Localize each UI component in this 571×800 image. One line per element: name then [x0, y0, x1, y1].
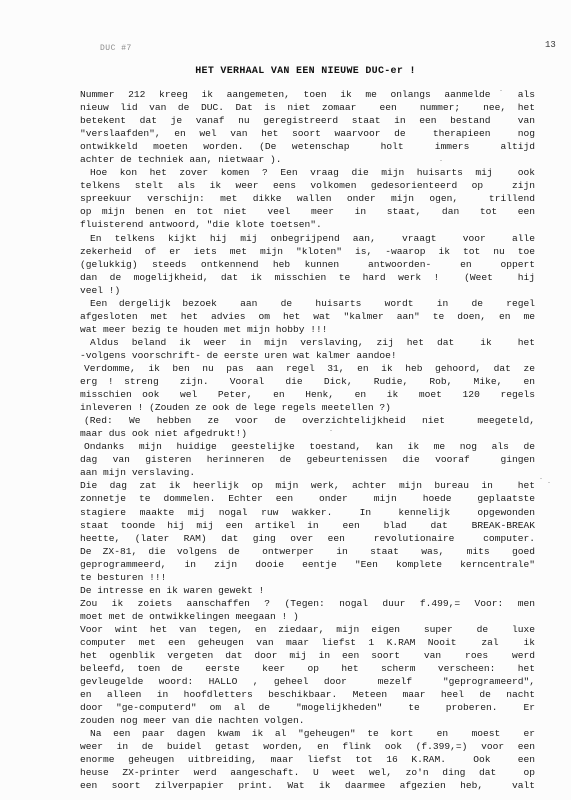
scan-speck	[330, 430, 332, 431]
text-line: ontwikkeld moeten worden. (De wetenschap…	[80, 140, 535, 153]
text-line: misschien ook wel Peter, en Henk, en ik …	[80, 388, 535, 401]
text-line: en alleen in hoofdletters beschikbaar. M…	[80, 688, 535, 701]
scan-speck	[440, 160, 442, 161]
text-line: gevleugelde woord: HALLO , geheel door m…	[80, 675, 535, 688]
text-line: door "ge-computerd" om al de "mogelijkhe…	[80, 701, 535, 714]
article-title-text: HET VERHAAL VAN EEN NIEUWE DUC-er !	[155, 66, 416, 77]
text-line: dag van gisteren herinneren de gebeurten…	[80, 453, 535, 466]
text-line: op mijn benen en tot niet veel meer in s…	[80, 205, 535, 218]
article-body: Nummer 212 kreeg ik aangemeten, toen ik …	[80, 88, 535, 793]
text-line: zouden nog meer van die nachten volgen.	[80, 714, 535, 727]
text-line: De intresse en ik waren gewekt !	[80, 584, 535, 597]
issue-label: DUC #7	[100, 44, 132, 53]
text-line: maar dus ook niet afgedrukt!)	[80, 427, 535, 440]
text-line: telkens stelt als ik weer eens volkomen …	[80, 179, 535, 192]
text-line: inleveren ! (Zouden ze ook de lege regel…	[80, 401, 535, 414]
text-line: betekent dat je vanaf nu geregistreerd s…	[80, 114, 535, 127]
text-line: Na een paar dagen kwam ik al "geheugen" …	[80, 727, 535, 740]
text-line: spreekuur verschijn: met dikke wallen on…	[80, 192, 535, 205]
text-line: "verslaafden", en wel van het soort waar…	[80, 127, 535, 140]
scan-speck	[500, 90, 502, 91]
scan-speck	[548, 482, 550, 483]
text-line: Aldus beland ik weer in mijn verslaving,…	[80, 336, 535, 349]
text-line: beleefd, toen de eerste keer op het sche…	[80, 662, 535, 675]
text-line: afgesloten met het advies om het wat "ka…	[80, 310, 535, 323]
text-line: wat meer bezig te houden met mijn hobby …	[80, 323, 535, 336]
text-line: heuse ZX-printer werd aangeschaft. U wee…	[80, 766, 535, 779]
text-line: Nummer 212 kreeg ik aangemeten, toen ik …	[80, 88, 535, 101]
text-line: aan mijn verslaving.	[80, 466, 535, 479]
text-line: De ZX-81, die volgens de ontwerper in st…	[80, 545, 535, 558]
text-line: -volgens voorschrift- de eerste uren wat…	[80, 349, 535, 362]
text-line: enorme geheugen uitbreiding, maar liefst…	[80, 753, 535, 766]
text-line: zekerheid of er iets met mijn "kloten" i…	[80, 245, 535, 258]
text-line: zonnetje te dommelen. Echter een onder m…	[80, 492, 535, 505]
text-line: Zou ik zoiets aanschaffen ? (Tegen: noga…	[80, 597, 535, 610]
text-line: achter de techniek aan, nietwaar ).	[80, 153, 535, 166]
text-line: het ogenblik vergeten dat door mij in ee…	[80, 649, 535, 662]
text-line: erg ! streng zijn. Vooral die Dick, Rudi…	[80, 375, 535, 388]
text-line: moet met de ontwikkelingen meegaan ! )	[80, 610, 535, 623]
text-line: veel !)	[80, 284, 535, 297]
text-line: stagiere maakte mij nogal ruw wakker. In…	[80, 506, 535, 519]
text-line: (gelukkig) steeds ontkennend heb kunnen …	[80, 258, 535, 271]
text-line: geprogrammeerd, in zijn dooie eentje "Ee…	[80, 558, 535, 571]
article-title: HET VERHAAL VAN EEN NIEUWE DUC-er !	[0, 66, 571, 77]
text-line: dan de mogelijkheid, dat ik misschien te…	[80, 271, 535, 284]
text-line: Die dag zat ik heerlijk op mijn werk, ac…	[80, 479, 535, 492]
text-line: Hoe kon het zover komen ? Een vraag die …	[80, 166, 535, 179]
text-line: En telkens kijkt hij mij onbegrijpend aa…	[80, 232, 535, 245]
text-line: staat toonde hij mij een artikel in een …	[80, 519, 535, 532]
text-line: fluisterend antwoord, "die klote toetsen…	[80, 218, 535, 231]
document-page: DUC #7 13 HET VERHAAL VAN EEN NIEUWE DUC…	[0, 0, 571, 800]
text-line: Een dergelijk bezoek aan de huisarts wor…	[80, 297, 535, 310]
text-line: heette, (later RAM) dat ging over een re…	[80, 532, 535, 545]
text-line: Voor wint het van tegen, en ziedaar, mij…	[80, 623, 535, 636]
text-line: (Red: We hebben ze voor de overzichtelij…	[80, 414, 535, 427]
text-line: nieuw lid van de DUC. Dat is niet zomaar…	[80, 101, 535, 114]
text-line: Verdomme, ik ben nu pas aan regel 31, en…	[80, 362, 535, 375]
page-number: 13	[545, 40, 556, 50]
text-line: Ondanks mijn huidige geestelijke toestan…	[80, 440, 535, 453]
scan-speck	[540, 478, 542, 479]
text-line: weer in de buidel getast worden, en flin…	[80, 740, 535, 753]
text-line: te besturen !!!	[80, 571, 535, 584]
text-line: een soort zilverpapier print. Wat ik daa…	[80, 779, 535, 792]
text-line: computer met een geheugen van maar liefs…	[80, 636, 535, 649]
